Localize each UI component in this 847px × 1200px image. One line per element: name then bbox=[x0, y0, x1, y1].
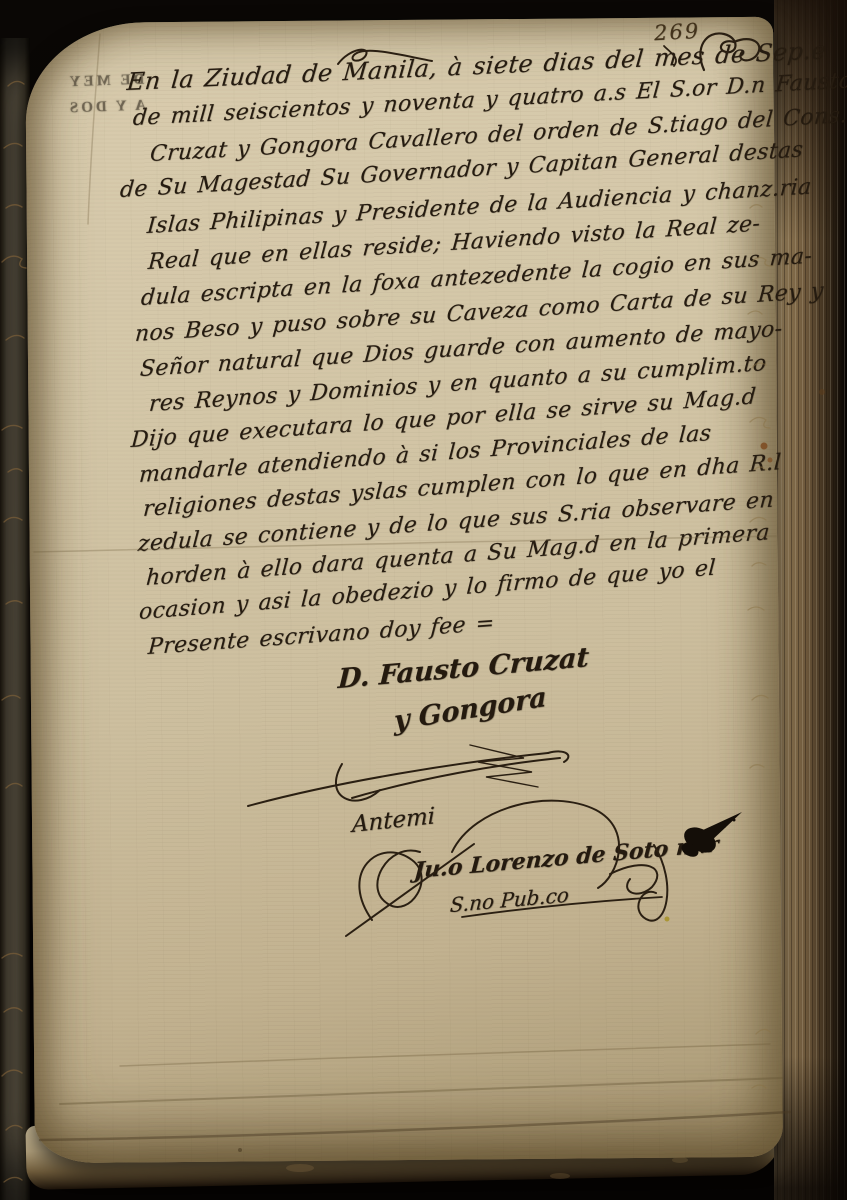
manuscript-photo: DE MEY A Y DOS 269 En la Ziudad de Manil… bbox=[0, 0, 847, 1200]
previous-page-edge bbox=[0, 38, 30, 1200]
